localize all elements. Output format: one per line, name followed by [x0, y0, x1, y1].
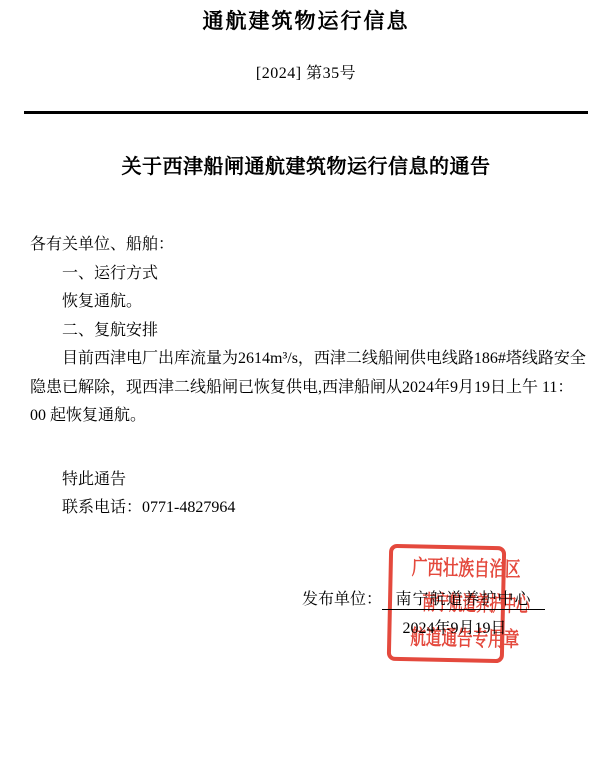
notice-title: 关于西津船闸通航建筑物运行信息的通告 [0, 150, 612, 179]
page-title: 通航建筑物运行信息 [0, 5, 612, 35]
notice-document: 通航建筑物运行信息 [2024] 第35号 关于西津船闸通航建筑物运行信息的通告… [0, 0, 612, 775]
seal-line-purpose: 航道通告专用章 [391, 627, 500, 652]
contact-line: 联系电话：0771-4827964 [30, 494, 584, 523]
body-line: 恢复通航。 [30, 288, 584, 317]
salutation-line: 各有关单位、船舶： [30, 231, 584, 260]
document-number: [2024] 第35号 [0, 60, 612, 83]
header-divider-rule [24, 111, 588, 114]
body-line: 隐患已解除，现西津二线船闸已恢复供电,西津船闸从2024年9月19日上午 11： [30, 374, 584, 403]
body-line: 二、复航安排 [30, 317, 584, 346]
closing-line: 特此通告 [30, 466, 584, 495]
notice-body: 各有关单位、船舶： 一、运行方式 恢复通航。 二、复航安排 目前西津电厂出库流量… [30, 231, 584, 523]
body-line: 00 起恢复通航。 [30, 402, 584, 431]
official-seal-stamp: 广西壮族自治区 南宁航道养护中心 航道通告专用章 [387, 544, 506, 663]
seal-line-organization: 南宁航道养护中心 [392, 592, 501, 617]
body-line: 目前西津电厂出库流量为2614m³/s，西津二线船闸供电线路186#塔线路安全 [30, 345, 584, 374]
seal-line-region: 广西壮族自治区 [392, 557, 501, 582]
publisher-label: 发布单位： [302, 591, 382, 608]
body-line: 一、运行方式 [30, 260, 584, 289]
